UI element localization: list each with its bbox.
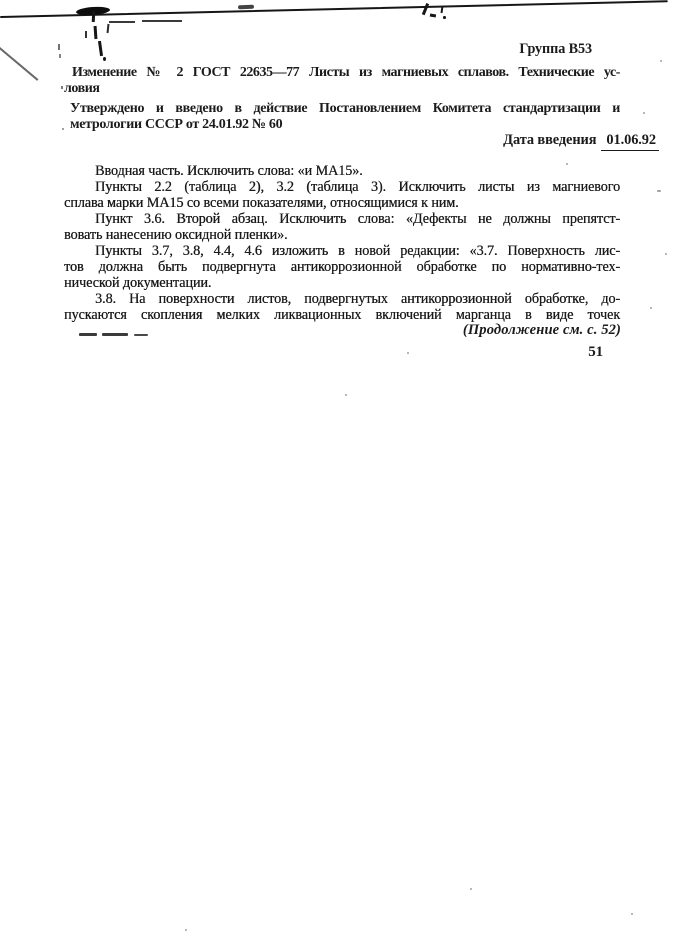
amendment-title-line: Изменение № 2 ГОСТ 22635—77 Листы из маг… [64,65,620,81]
scan-margin-mark [58,44,60,50]
body-text-line: Пункт 3.6. Второй абзац. Исключить слова… [64,211,620,227]
body-text-line: Вводная часть. Исключить слова: «и МА15»… [64,163,620,179]
ink-speck [643,112,645,114]
scan-margin-mark [59,54,61,58]
ink-speck [631,913,633,915]
page-number: 51 [588,344,603,361]
scan-stroke-mark [98,41,103,56]
amendment-title: Изменение № 2 ГОСТ 22635—77 Листы из маг… [64,65,620,97]
document-page: Группа В53 Изменение № 2 ГОСТ 22635—77 Л… [0,0,683,934]
scan-smudge [79,333,97,336]
scan-crease-line [0,42,38,80]
scan-ink-blob [238,5,254,10]
amendment-title-line: ловия [64,81,620,97]
scan-stroke-mark [85,31,87,38]
pen-check-mark [422,3,429,15]
pen-check-mark [443,16,446,19]
scan-margin-mark [62,128,64,130]
ink-speck [470,888,472,890]
ink-speck [650,307,652,309]
approval-line: метрологии СССР от 24.01.92 № 60 [70,117,620,133]
continuation-note: (Продолжение см. с. 52) [463,322,621,339]
ink-speck [185,929,187,931]
pen-check-mark [441,6,444,13]
body-text-line: вовать нанесению оксидной пленки». [64,227,620,243]
group-label: Группа В53 [519,41,592,58]
ink-speck [407,352,409,354]
body-text-line: 3.8. На поверхности листов, подвергнутых… [64,291,620,307]
scan-smudge [102,333,128,336]
body-text-line: тов должна быть подвергнута антикоррозио… [64,259,620,275]
effective-date-value: 01.06.92 [601,132,659,151]
scan-dash-mark [109,21,135,23]
body-text-line: сплава марки МА15 со всеми показателями,… [64,195,620,211]
body-text-line: Пункты 2.2 (таблица 2), 3.2 (таблица 3).… [64,179,620,195]
pen-check-mark [430,13,436,17]
scan-stroke-mark [107,24,110,33]
body-text-line: Пункты 3.7, 3.8, 4.4, 4.6 изложить в нов… [64,243,620,259]
scan-margin-mark [61,86,63,89]
approval-statement: Утверждено и введено в действие Постанов… [70,101,620,133]
approval-line: Утверждено и введено в действие Постанов… [70,101,620,117]
ink-speck [665,253,667,255]
body-text-line: нической документации. [64,275,620,291]
effective-date-label: Дата введения [503,132,596,148]
body-text: Вводная часть. Исключить слова: «и МА15»… [64,163,620,323]
scan-stroke-mark [92,11,95,22]
ink-speck [660,60,662,62]
ink-speck [345,394,347,396]
ink-speck [657,190,661,192]
scan-dash-mark [142,20,182,22]
body-text-line: пускаются скопления мелких ликвационных … [64,307,620,323]
scan-stroke-mark [103,57,106,61]
scan-smudge [134,334,148,336]
effective-date-line: Дата введения01.06.92 [503,132,659,151]
scan-stroke-mark [94,26,97,39]
